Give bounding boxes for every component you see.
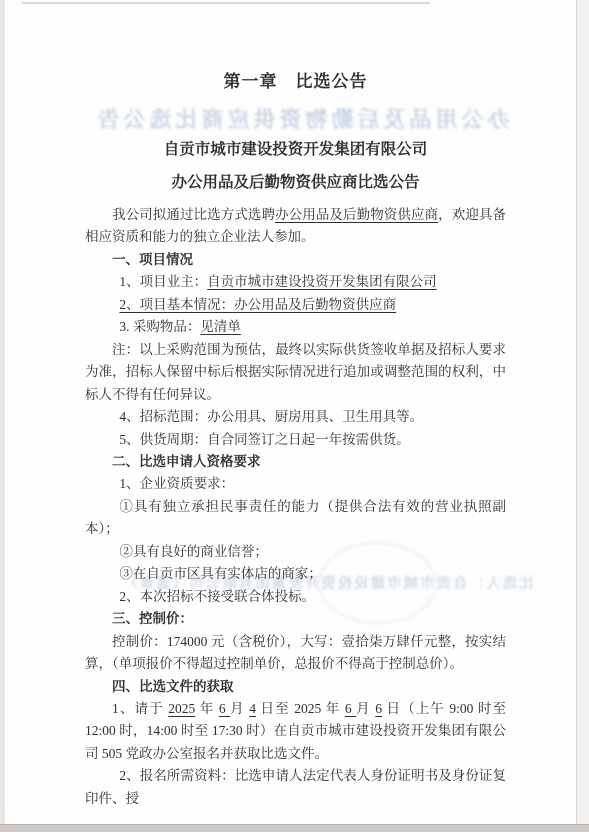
section1-note: 注：以上采购范围为预估，最终以实际供货签收单据及招标人要求为准，招标人保留中标后… (85, 339, 506, 406)
section2-item2: 2、本次招标不接受联合体投标。 (85, 586, 506, 608)
section1-item3: 3. 采购物品：见清单 (85, 316, 506, 338)
item2-text: 2、项目基本情况：办公用品及后勤物资供应商 (119, 297, 396, 312)
section1-item1: 1、项目业主：自贡市城市建设投资开发集团有限公司 (85, 271, 506, 293)
section2-sub3: ③在自贡市区具有实体店的商家； (85, 563, 506, 585)
section1-item4: 4、招标范围：办公用具、厨房用具、卫生用具等。 (85, 406, 506, 428)
document-title-line2: 办公用品及后勤物资供应商比选公告 (85, 173, 506, 193)
chapter-heading: 第一章 比选公告 (85, 70, 506, 94)
date-month-underlined: 6 (219, 701, 230, 716)
item1-value: 自贡市城市建设投资开发集团有限公司 (207, 274, 437, 289)
section1-heading: 一、项目情况 (85, 249, 506, 271)
scanned-document-page: 办公用品及后勤物资供应商比选公告 比选人：自贡市城市建设投资开发集团有限公司（盖… (0, 0, 589, 832)
section2-heading: 二、比选申请人资格要求 (85, 451, 506, 473)
section1-item5: 5、供货周期：自合同签订之日起一年按需供货。 (85, 429, 506, 451)
document-body: 我公司拟通过比选方式选聘办公用品及后勤物资供应商，欢迎具备相应资质和能力的独立企… (85, 204, 506, 810)
date-part: 月 (356, 701, 375, 716)
date-part: 月 (230, 701, 249, 716)
date-part: 1、请于 (112, 701, 168, 716)
date-day2-underlined: 6 (375, 701, 382, 716)
section2-sub1: ①具有独立承担民事责任的能力（提供合法有效的营业执照副本）； (85, 496, 506, 541)
intro-pre: 我公司拟通过比选方式选聘 (112, 207, 275, 222)
page-edge-bottom (0, 825, 589, 832)
section4-item2: 2、报名所需资料：比选申请人法定代表人身份证明书及身份证复印件、授 (85, 765, 506, 810)
page-edge-top (22, 2, 430, 4)
page-edge-right (577, 0, 589, 832)
document-title-line1: 自贡市城市建设投资开发集团有限公司 (85, 140, 506, 160)
date-year-underlined: 2025 (168, 701, 195, 716)
section4-item1: 1、请于 2025 年 6 月 4 日至 2025 年 6 月 6 日（上午 9… (85, 698, 506, 765)
section1-item2: 2、项目基本情况：办公用品及后勤物资供应商 (85, 294, 506, 316)
section2-item1: 1、企业资质要求： (85, 473, 506, 495)
section3-heading: 三、控制价： (85, 608, 506, 630)
document-content: 第一章 比选公告 自贡市城市建设投资开发集团有限公司 办公用品及后勤物资供应商比… (85, 70, 506, 810)
date-part: 日至 2025 年 (256, 701, 345, 716)
date-day-underlined: 4 (249, 701, 256, 716)
section3-body: 控制价：174000 元（含税价），大写：壹拾柒万肆仟元整，按实结算，（单项报价… (85, 631, 506, 676)
item1-label: 1、项目业主： (119, 274, 207, 289)
date-month2-underlined: 6 (345, 701, 356, 716)
item3-label: 3. 采购物品： (119, 319, 200, 334)
intro-underlined-phrase: 办公用品及后勤物资供应商 (275, 207, 438, 222)
section4-heading: 四、比选文件的获取 (85, 676, 506, 698)
section2-sub2: ②具有良好的商业信誉； (85, 541, 506, 563)
item3-value: 见清单 (200, 319, 241, 334)
page-edge-left (0, 0, 5, 832)
intro-paragraph: 我公司拟通过比选方式选聘办公用品及后勤物资供应商，欢迎具备相应资质和能力的独立企… (85, 204, 506, 249)
date-part: 年 (195, 701, 219, 716)
